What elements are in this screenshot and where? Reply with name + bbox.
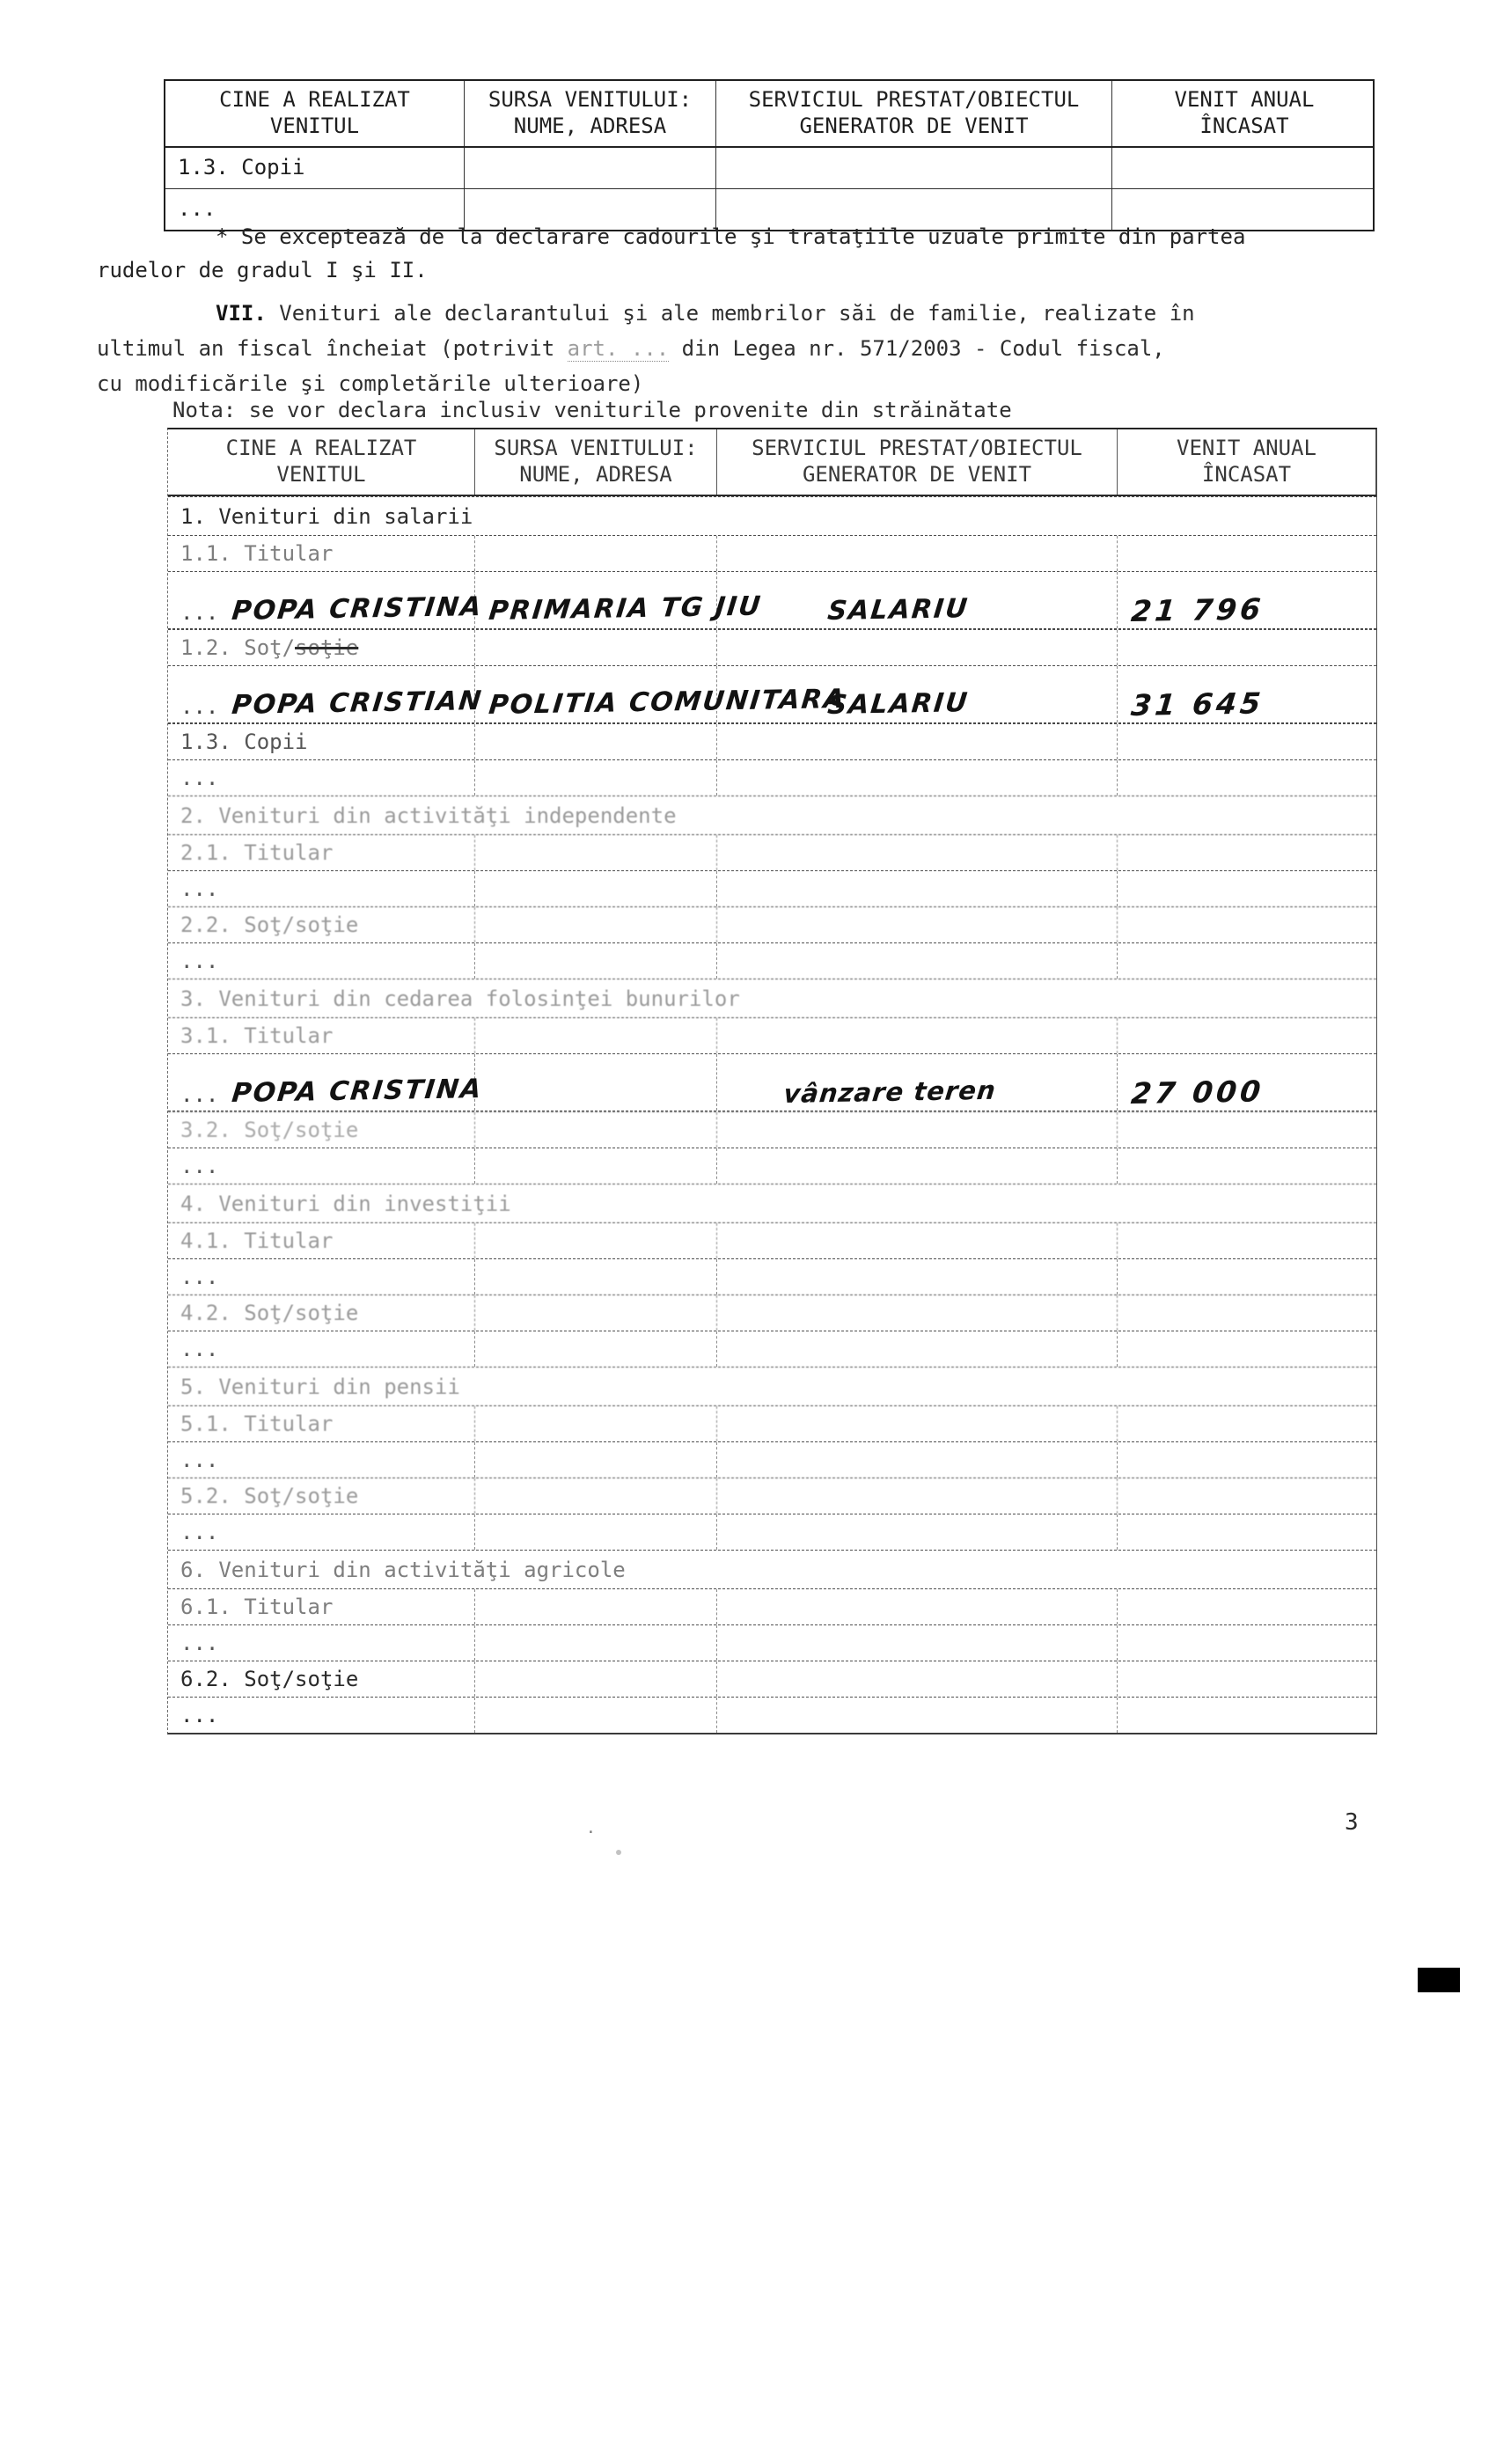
row-label: 1.3. Copii [165, 148, 465, 188]
empty-cell [1118, 1331, 1376, 1367]
header-cell-source: SURSA VENITULUI: NUME, ADRESA [475, 429, 717, 495]
struck-word: soţie [295, 635, 358, 660]
row-label: 1.2. Soţ/soţie [168, 630, 475, 665]
empty-cell [475, 724, 717, 759]
paragraph-line: ultimul an fiscal încheiat (potrivit art… [97, 331, 1382, 366]
income-section-row: 5. Venituri din pensii [168, 1367, 1376, 1405]
who-cell: ...POPA CRISTINA [168, 1054, 475, 1111]
row-label: 1.3. Copii [168, 724, 475, 759]
dots-row: ... [168, 1148, 1376, 1184]
scan-speck [616, 1850, 621, 1855]
handwritten-service: vânzare teren [782, 1077, 997, 1107]
empty-cell [717, 1698, 1118, 1733]
service-cell: vânzare teren [717, 1054, 1118, 1111]
header-cell-service: SERVICIUL PRESTAT/OBIECTUL GENERATOR DE … [716, 81, 1112, 146]
empty-cell [475, 1661, 717, 1697]
amount-cell: 21 796 [1118, 572, 1376, 628]
empty-cell [717, 760, 1118, 796]
who-cell: ...POPA CRISTIAN [168, 666, 475, 722]
empty-cell [475, 1625, 717, 1661]
empty-cell [475, 943, 717, 979]
empty-cell [475, 536, 717, 571]
row-label: ... [168, 1259, 475, 1294]
empty-cell [717, 1661, 1118, 1697]
section-vii-paragraph: VII. Venituri ale declarantului şi ale m… [97, 296, 1382, 401]
income-label-row: 1.1. Titular [168, 535, 1376, 571]
empty-cell [475, 1112, 717, 1148]
empty-cell [717, 1589, 1118, 1624]
empty-cell [717, 1295, 1118, 1331]
income-label-row: 2.2. Soţ/soţie [168, 906, 1376, 942]
empty-cell [1118, 1442, 1376, 1478]
empty-cell [716, 148, 1112, 188]
law-article-ref: art. ... [568, 336, 670, 362]
row-label: 6.2. Soţ/soţie [168, 1661, 475, 1697]
source-cell [475, 1054, 717, 1111]
income-entry-row: ...POPA CRISTINA vânzare teren 27 000 [168, 1053, 1376, 1111]
section-label: 6. Venituri din activităţi agricole [168, 1551, 1376, 1588]
empty-cell [1118, 536, 1376, 571]
empty-cell [475, 871, 717, 906]
table-header-row: CINE A REALIZAT VENITUL SURSA VENITULUI:… [165, 81, 1373, 148]
empty-cell [1118, 760, 1376, 796]
empty-cell [475, 835, 717, 870]
service-cell: SALARIU [717, 572, 1118, 628]
row-label: ... [168, 760, 475, 796]
paragraph-text: Venituri ale declarantului şi ale membri… [267, 301, 1195, 326]
empty-cell [475, 1331, 717, 1367]
dots-row: ... [168, 1258, 1376, 1294]
header-line: CINE A REALIZAT [172, 435, 471, 461]
income-label-row: 1.3. Copii [168, 723, 1376, 759]
empty-cell [475, 1148, 717, 1184]
handwritten-service: SALARIU [826, 596, 970, 625]
empty-cell [1118, 1478, 1376, 1514]
empty-cell [475, 1514, 717, 1550]
section-label: 1. Venituri din salarii [168, 497, 1376, 535]
footnote-line: rudelor de gradul I şi II. [97, 253, 1355, 287]
paragraph-line: cu modificările şi completările ulterioa… [97, 366, 1382, 401]
header-cell-source: SURSA VENITULUI: NUME, ADRESA [465, 81, 716, 146]
empty-cell [475, 760, 717, 796]
empty-cell [1118, 724, 1376, 759]
row-label: ... [168, 1148, 475, 1184]
empty-cell [1118, 1698, 1376, 1733]
empty-cell [465, 148, 716, 188]
empty-cell [1118, 1406, 1376, 1441]
header-line: NUME, ADRESA [468, 113, 712, 139]
source-cell: POLITIA COMUNITARA [475, 666, 717, 722]
table-row: 1.3. Copii [165, 148, 1373, 189]
income-label-row: 1.2. Soţ/soţie [168, 629, 1376, 665]
header-cell-who: CINE A REALIZAT VENITUL [168, 429, 475, 495]
empty-cell [1118, 630, 1376, 665]
row-label: ... [168, 943, 475, 979]
handwritten-source: PRIMARIA TG JIU [488, 594, 763, 625]
dotted-leader: ... [180, 694, 218, 719]
dots-row: ... [168, 1331, 1376, 1367]
scan-speck: · [586, 1823, 593, 1832]
empty-cell [1118, 1259, 1376, 1294]
row-label: 3.2. Soţ/soţie [168, 1112, 475, 1148]
income-label-row: 5.2. Soţ/soţie [168, 1478, 1376, 1514]
source-cell: PRIMARIA TG JIU [475, 572, 717, 628]
empty-cell [1118, 1112, 1376, 1148]
paragraph-text: cu modificările şi completările ulterioa… [97, 371, 643, 396]
dots-row: ... [168, 1441, 1376, 1478]
empty-cell [717, 630, 1118, 665]
empty-cell [475, 1698, 717, 1733]
header-cell-amount: VENIT ANUAL ÎNCASAT [1118, 429, 1376, 495]
dotted-leader: ... [180, 1082, 218, 1107]
income-label-row: 4.1. Titular [168, 1222, 1376, 1258]
header-line: GENERATOR DE VENIT [721, 461, 1113, 488]
row-label: 5.1. Titular [168, 1406, 475, 1441]
income-label-row: 5.1. Titular [168, 1405, 1376, 1441]
handwritten-name: POPA CRISTINA [231, 594, 484, 625]
income-label-row: 2.1. Titular [168, 834, 1376, 870]
row-label: ... [168, 1625, 475, 1661]
empty-cell [717, 1112, 1118, 1148]
empty-cell [717, 871, 1118, 906]
income-label-row: 3.2. Soţ/soţie [168, 1111, 1376, 1148]
row-label: 2.2. Soţ/soţie [168, 907, 475, 942]
empty-cell [1118, 1625, 1376, 1661]
header-line: SURSA VENITULUI: [479, 435, 713, 461]
header-line: VENITUL [169, 113, 460, 139]
empty-cell [717, 1259, 1118, 1294]
empty-cell [1118, 871, 1376, 906]
row-label: ... [168, 1331, 475, 1367]
who-cell: ...POPA CRISTINA [168, 572, 475, 628]
empty-cell [1118, 1148, 1376, 1184]
row-label: 1.1. Titular [168, 536, 475, 571]
empty-cell [475, 1223, 717, 1258]
footnote: * Se exceptează de la declarare cadouril… [97, 220, 1355, 287]
empty-cell [717, 1625, 1118, 1661]
header-cell-amount: VENIT ANUAL ÎNCASAT [1112, 81, 1376, 146]
section-label: 4. Venituri din investiţii [168, 1184, 1376, 1222]
empty-cell [717, 536, 1118, 571]
empty-cell [1118, 1295, 1376, 1331]
row-label: ... [168, 1442, 475, 1478]
empty-cell [1118, 1018, 1376, 1053]
header-line: VENIT ANUAL [1116, 86, 1373, 113]
header-line: VENITUL [172, 461, 471, 488]
handwritten-name: POPA CRISTIAN [231, 688, 484, 719]
header-line: GENERATOR DE VENIT [720, 113, 1108, 139]
empty-cell [717, 724, 1118, 759]
header-line: CINE A REALIZAT [169, 86, 460, 113]
table-header-row: CINE A REALIZAT VENITUL SURSA VENITULUI:… [168, 429, 1376, 496]
header-line: SURSA VENITULUI: [468, 86, 712, 113]
empty-cell [1118, 907, 1376, 942]
empty-cell [717, 907, 1118, 942]
row-label: 4.1. Titular [168, 1223, 475, 1258]
empty-cell [717, 943, 1118, 979]
scanned-declaration-page: CINE A REALIZAT VENITUL SURSA VENITULUI:… [0, 0, 1496, 2464]
empty-cell [717, 1478, 1118, 1514]
dots-row: ... [168, 942, 1376, 979]
label-prefix: 1.2. Soţ/ [180, 635, 295, 660]
header-cell-who: CINE A REALIZAT VENITUL [165, 81, 465, 146]
empty-cell [717, 1406, 1118, 1441]
income-section-row: 6. Venituri din activităţi agricole [168, 1550, 1376, 1588]
handwritten-amount: 31 645 [1130, 690, 1265, 719]
scan-black-mark [1418, 1968, 1460, 1992]
income-section-row: 1. Venituri din salarii [168, 496, 1376, 535]
header-line: ÎNCASAT [1116, 113, 1373, 139]
empty-cell [1118, 1223, 1376, 1258]
income-label-row: 6.2. Soţ/soţie [168, 1661, 1376, 1697]
row-label: 2.1. Titular [168, 835, 475, 870]
dotted-leader: ... [180, 600, 218, 625]
paragraph-text: din Legea nr. 571/2003 - Codul fiscal, [669, 336, 1165, 361]
row-label: 4.2. Soţ/soţie [168, 1295, 475, 1331]
empty-cell [1118, 943, 1376, 979]
paragraph-line: VII. Venituri ale declarantului şi ale m… [97, 296, 1382, 331]
empty-cell [475, 1295, 717, 1331]
handwritten-source: POLITIA COMUNITARA [488, 686, 847, 719]
row-label: 3.1. Titular [168, 1018, 475, 1053]
empty-cell [1112, 148, 1376, 188]
handwritten-amount: 21 796 [1130, 596, 1265, 625]
dots-row: ... [168, 1514, 1376, 1550]
empty-cell [1118, 835, 1376, 870]
nota-line: Nota: se vor declara inclusiv veniturile… [172, 398, 1012, 422]
header-line: NUME, ADRESA [479, 461, 713, 488]
income-label-row: 3.1. Titular [168, 1017, 1376, 1053]
empty-cell [1118, 1589, 1376, 1624]
income-section-row: 3. Venituri din cedarea folosinţei bunur… [168, 979, 1376, 1017]
dots-row: ... [168, 1624, 1376, 1661]
income-label-row: 6.1. Titular [168, 1588, 1376, 1624]
header-line: ÎNCASAT [1121, 461, 1372, 488]
section-label: 2. Venituri din activităţi independente [168, 796, 1376, 834]
empty-cell [475, 1259, 717, 1294]
dots-row: ... [168, 870, 1376, 906]
row-label: 6.1. Titular [168, 1589, 475, 1624]
row-label: 5.2. Soţ/soţie [168, 1478, 475, 1514]
handwritten-name: POPA CRISTINA [231, 1076, 484, 1107]
paragraph-text: ultimul an fiscal încheiat (potrivit [97, 336, 568, 361]
empty-cell [717, 1148, 1118, 1184]
header-line: SERVICIUL PRESTAT/OBIECTUL [721, 435, 1113, 461]
handwritten-service: SALARIU [826, 690, 970, 719]
section-label: 3. Venituri din cedarea folosinţei bunur… [168, 979, 1376, 1017]
income-entry-row: ...POPA CRISTINA PRIMARIA TG JIU SALARIU… [168, 571, 1376, 629]
empty-cell [717, 1223, 1118, 1258]
empty-cell [475, 630, 717, 665]
page-number: 3 [1345, 1809, 1359, 1836]
empty-cell [1118, 1661, 1376, 1697]
row-label: ... [168, 1698, 475, 1733]
income-entry-row: ...POPA CRISTIAN POLITIA COMUNITARA SALA… [168, 665, 1376, 723]
empty-cell [1118, 1514, 1376, 1550]
empty-cell [475, 1018, 717, 1053]
row-label: ... [168, 871, 475, 906]
empty-cell [717, 1514, 1118, 1550]
amount-cell: 27 000 [1118, 1054, 1376, 1111]
income-section-row: 4. Venituri din investiţii [168, 1184, 1376, 1222]
dots-row: ... [168, 759, 1376, 796]
section-number: VII. [216, 301, 267, 326]
row-label: ... [168, 1514, 475, 1550]
income-table: CINE A REALIZAT VENITUL SURSA VENITULUI:… [167, 428, 1377, 1734]
continuation-table: CINE A REALIZAT VENITUL SURSA VENITULUI:… [164, 79, 1375, 231]
income-section-row: 2. Venituri din activităţi independente [168, 796, 1376, 834]
empty-cell [475, 1406, 717, 1441]
empty-cell [717, 1331, 1118, 1367]
empty-cell [475, 1442, 717, 1478]
empty-cell [717, 835, 1118, 870]
empty-cell [717, 1018, 1118, 1053]
income-label-row: 4.2. Soţ/soţie [168, 1294, 1376, 1331]
header-line: SERVICIUL PRESTAT/OBIECTUL [720, 86, 1108, 113]
section-label: 5. Venituri din pensii [168, 1368, 1376, 1405]
footnote-line: * Se exceptează de la declarare cadouril… [97, 220, 1355, 253]
empty-cell [475, 907, 717, 942]
handwritten-amount: 27 000 [1130, 1078, 1265, 1107]
empty-cell [717, 1442, 1118, 1478]
amount-cell: 31 645 [1118, 666, 1376, 722]
header-line: VENIT ANUAL [1121, 435, 1372, 461]
header-cell-service: SERVICIUL PRESTAT/OBIECTUL GENERATOR DE … [717, 429, 1118, 495]
empty-cell [475, 1589, 717, 1624]
empty-cell [475, 1478, 717, 1514]
dots-row: ... [168, 1697, 1376, 1733]
